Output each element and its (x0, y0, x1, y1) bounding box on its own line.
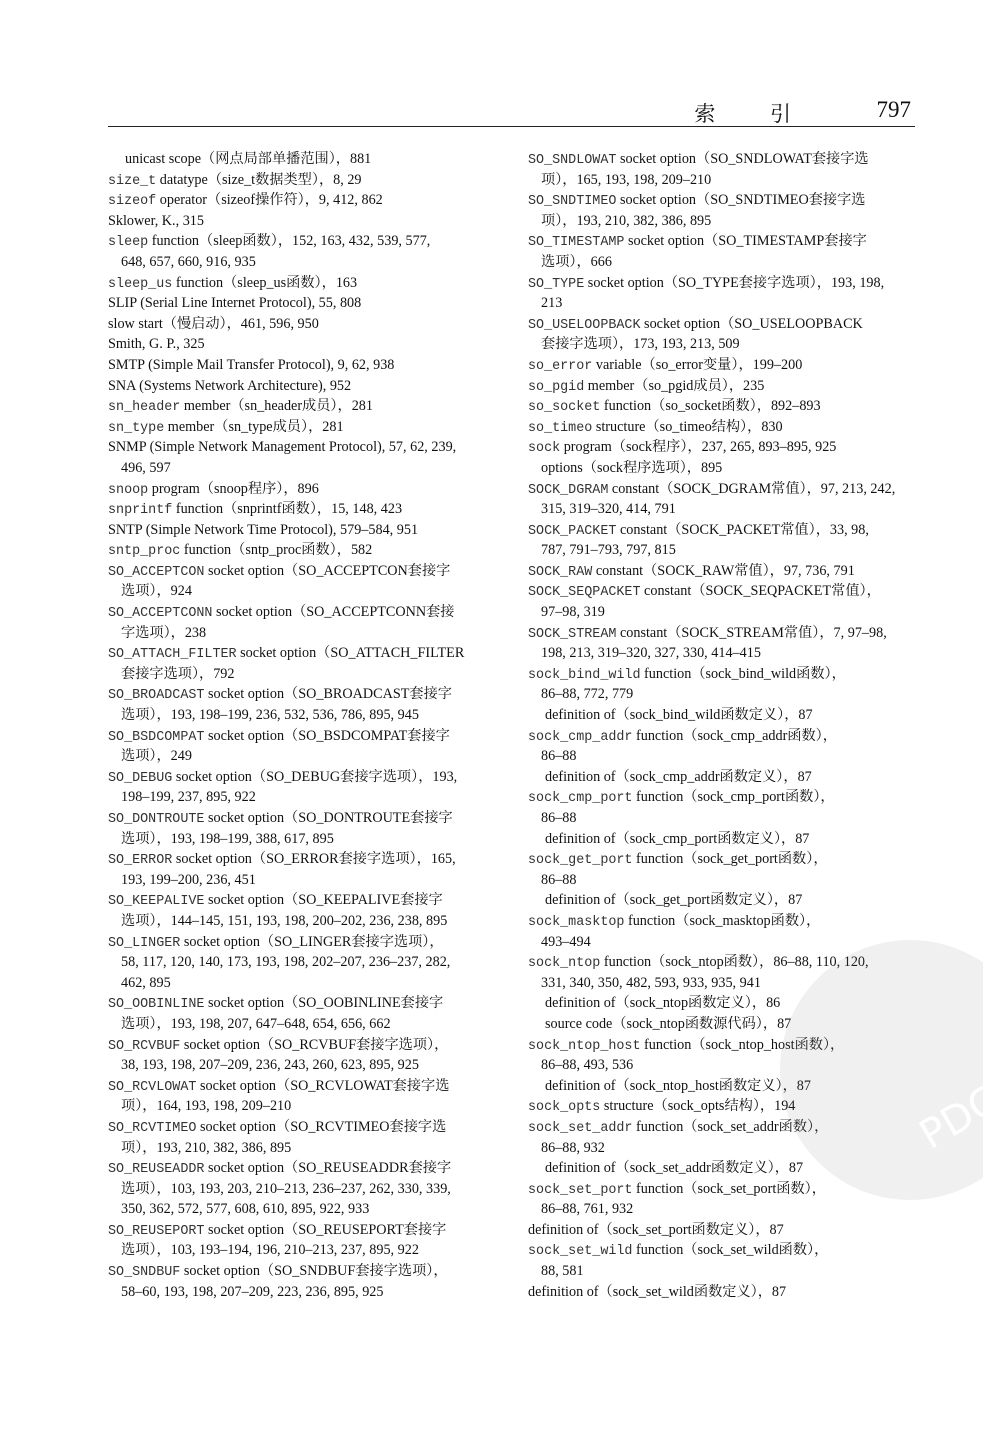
entry-text: socket option（SO_RCVTIMEO套接字选 (196, 1119, 446, 1135)
entry-text: function（sock_ntop_host函数）， (641, 1037, 845, 1053)
entry-text: socket option（SO_DEBUG套接字选项），193, (172, 769, 457, 785)
entry-term: sleep_us (108, 277, 172, 292)
index-entry: 项），164, 193, 198, 209–210 (108, 1096, 498, 1117)
index-entry: so_error variable（so_error变量），199–200 (528, 355, 918, 376)
entry-term: SO_ACCEPTCONN (108, 606, 212, 621)
index-entry: 项），165, 193, 198, 209–210 (528, 170, 918, 191)
entry-text: program（sock程序），237, 265, 893–895, 925 (560, 439, 836, 455)
index-entry: so_pgid member（so_pgid成员），235 (528, 376, 918, 397)
entry-text: operator（sizeof操作符），9, 412, 862 (156, 192, 383, 208)
index-entry: so_timeo structure（so_timeo结构），830 (528, 417, 918, 438)
index-entry: 462, 895 (108, 973, 498, 994)
entry-text: 331, 340, 350, 482, 593, 933, 935, 941 (541, 975, 761, 991)
entry-term: sock_set_addr (528, 1121, 632, 1136)
entry-text: function（sleep_us函数），163 (172, 275, 357, 291)
entry-text: function（sock_cmp_addr函数）， (632, 728, 837, 744)
entry-text: 213 (541, 295, 562, 311)
index-entry: 331, 340, 350, 482, 593, 933, 935, 941 (528, 973, 918, 994)
entry-text: source code（sock_ntop函数源代码），87 (545, 1016, 791, 1032)
index-entry: definition of（sock_set_addr函数定义），87 (528, 1158, 918, 1179)
entry-text: 86–88, 493, 536 (541, 1057, 633, 1073)
entry-term: sock_ntop_host (528, 1039, 641, 1054)
index-column-right: SO_SNDLOWAT socket option（SO_SNDLOWAT套接字… (528, 149, 918, 1302)
entry-text: socket option（SO_REUSEPORT套接字 (204, 1222, 446, 1238)
entry-text: function（sock_get_port函数）， (632, 851, 827, 867)
index-entry: definition of（sock_bind_wild函数定义），87 (528, 705, 918, 726)
entry-term: sn_type (108, 421, 164, 436)
entry-text: 选项），103, 193–194, 196, 210–213, 237, 895… (121, 1242, 419, 1258)
entry-term: SO_BSDCOMPAT (108, 730, 204, 745)
entry-term: so_error (528, 359, 592, 374)
entry-text: 选项），924 (121, 583, 192, 599)
index-entry: 86–88, 761, 932 (528, 1199, 918, 1220)
entry-text: socket option（SO_KEEPALIVE套接字 (204, 892, 442, 908)
entry-term: SOCK_RAW (528, 565, 592, 580)
entry-term: SOCK_STREAM (528, 627, 616, 642)
index-entry: 648, 657, 660, 916, 935 (108, 252, 498, 273)
entry-text: socket option（SO_RCVBUF套接字选项）， (180, 1037, 448, 1053)
index-entry: SO_RCVLOWAT socket option（SO_RCVLOWAT套接字… (108, 1076, 498, 1097)
entry-term: SO_TIMESTAMP (528, 235, 624, 250)
entry-term: sock_get_port (528, 853, 632, 868)
entry-text: function（so_socket函数），892–893 (600, 398, 820, 414)
entry-text: 选项），193, 198, 207, 647–648, 654, 656, 66… (121, 1016, 391, 1032)
index-entry: SO_LINGER socket option（SO_LINGER套接字选项）， (108, 932, 498, 953)
entry-text: SNTP (Simple Network Time Protocol), 579… (108, 522, 418, 538)
index-entry: 86–88 (528, 746, 918, 767)
index-entry: sock_bind_wild function（sock_bind_wild函数… (528, 664, 918, 685)
entry-text: 选项），144–145, 151, 193, 198, 200–202, 236… (121, 913, 447, 929)
entry-term: SO_TYPE (528, 277, 584, 292)
index-entry: SO_OOBINLINE socket option（SO_OOBINLINE套… (108, 993, 498, 1014)
index-entry: 选项），193, 198, 207, 647–648, 654, 656, 66… (108, 1014, 498, 1035)
index-entry: 字选项），238 (108, 623, 498, 644)
index-entry: SO_USELOOPBACK socket option（SO_USELOOPB… (528, 314, 918, 335)
entry-text: 86–88 (541, 810, 576, 826)
entry-text: 字选项），238 (121, 625, 206, 641)
entry-term: sock_ntop (528, 956, 600, 971)
entry-text: 648, 657, 660, 916, 935 (121, 254, 256, 270)
entry-term: sock_bind_wild (528, 668, 641, 683)
index-entry: sntp_proc function（sntp_proc函数），582 (108, 540, 498, 561)
svg-text:PDG: PDG (912, 1076, 983, 1159)
index-entry: 787, 791–793, 797, 815 (528, 540, 918, 561)
index-entry: SO_SNDBUF socket option（SO_SNDBUF套接字选项）， (108, 1261, 498, 1282)
index-entry: options（sock程序选项），895 (528, 458, 918, 479)
entry-text: 86–88, 932 (541, 1140, 605, 1156)
entry-term: SO_USELOOPBACK (528, 318, 641, 333)
index-entry: 86–88 (528, 870, 918, 891)
index-entry: sock_cmp_port function（sock_cmp_port函数）， (528, 787, 918, 808)
index-entry: 493–494 (528, 932, 918, 953)
index-entry: SMTP (Simple Mail Transfer Protocol), 9,… (108, 355, 498, 376)
index-entry: 315, 319–320, 414, 791 (528, 499, 918, 520)
entry-text: 198, 213, 319–320, 327, 330, 414–415 (541, 645, 761, 661)
entry-text: 787, 791–793, 797, 815 (541, 542, 676, 558)
index-entry: 选项），144–145, 151, 193, 198, 200–202, 236… (108, 911, 498, 932)
entry-text: Smith, G. P., 325 (108, 336, 205, 352)
entry-term: size_t (108, 174, 156, 189)
index-entry: 套接字选项），173, 193, 213, 509 (528, 334, 918, 355)
index-entry: SOCK_RAW constant（SOCK_RAW常值），97, 736, 7… (528, 561, 918, 582)
entry-text: function（sock_set_addr函数）， (632, 1119, 828, 1135)
entry-text: function（sock_ntop函数），86–88, 110, 120, (600, 954, 868, 970)
entry-text: structure（sock_opts结构），194 (600, 1098, 795, 1114)
entry-text: definition of（sock_bind_wild函数定义），87 (545, 707, 813, 723)
entry-text: socket option（SO_REUSEADDR套接字 (204, 1160, 451, 1176)
index-entry: SO_ATTACH_FILTER socket option（SO_ATTACH… (108, 643, 498, 664)
index-entry: SO_RCVBUF socket option（SO_RCVBUF套接字选项）， (108, 1035, 498, 1056)
entry-term: so_timeo (528, 421, 592, 436)
entry-text: 97–98, 319 (541, 604, 605, 620)
entry-text: structure（so_timeo结构），830 (592, 419, 782, 435)
entry-text: definition of（sock_cmp_addr函数定义），87 (545, 769, 812, 785)
index-entry: 项），193, 210, 382, 386, 895 (528, 211, 918, 232)
index-entry: sleep function（sleep函数），152, 163, 432, 5… (108, 231, 498, 252)
entry-text: definition of（sock_set_port函数定义），87 (528, 1222, 784, 1238)
index-entry: SOCK_DGRAM constant（SOCK_DGRAM常值），97, 21… (528, 479, 918, 500)
index-entry: SLIP (Serial Line Internet Protocol), 55… (108, 293, 498, 314)
index-entry: SO_REUSEPORT socket option（SO_REUSEPORT套… (108, 1220, 498, 1241)
entry-text: 493–494 (541, 934, 591, 950)
entry-term: SO_SNDBUF (108, 1265, 180, 1280)
index-entry: sock_set_addr function（sock_set_addr函数）， (528, 1117, 918, 1138)
index-entry: 选项），249 (108, 746, 498, 767)
index-entry: definition of（sock_cmp_port函数定义），87 (528, 829, 918, 850)
index-entry: sock_ntop function（sock_ntop函数），86–88, 1… (528, 952, 918, 973)
entry-term: SO_SNDLOWAT (528, 153, 616, 168)
entry-text: socket option（SO_BSDCOMPAT套接字 (204, 728, 449, 744)
entry-term: sock_masktop (528, 915, 624, 930)
entry-text: unicast scope（网点局部单播范围），881 (125, 151, 371, 167)
entry-term: SO_LINGER (108, 936, 180, 951)
entry-text: function（sock_bind_wild函数）， (641, 666, 846, 682)
entry-text: constant（SOCK_DGRAM常值），97, 213, 242, (608, 481, 895, 497)
running-header: 索 引 797 (108, 96, 915, 127)
entry-text: socket option（SO_RCVLOWAT套接字选 (196, 1078, 449, 1094)
entry-term: SO_RCVLOWAT (108, 1080, 196, 1095)
entry-term: SO_RCVTIMEO (108, 1121, 196, 1136)
entry-text: definition of（sock_cmp_port函数定义），87 (545, 831, 809, 847)
entry-term: sleep (108, 235, 148, 250)
entry-text: function（sock_set_wild函数）， (632, 1242, 828, 1258)
entry-text: socket option（SO_ATTACH_FILTER (237, 645, 465, 661)
entry-text: member（sn_header成员），281 (180, 398, 373, 414)
entry-text: 项），164, 193, 198, 209–210 (121, 1098, 291, 1114)
entry-term: sn_header (108, 400, 180, 415)
entry-text: program（snoop程序），896 (148, 481, 319, 497)
entry-text: 选项），249 (121, 748, 192, 764)
entry-term: SO_RCVBUF (108, 1039, 180, 1054)
index-entry: sock_set_wild function（sock_set_wild函数）， (528, 1240, 918, 1261)
entry-term: sizeof (108, 194, 156, 209)
index-entry: sock program（sock程序），237, 265, 893–895, … (528, 437, 918, 458)
entry-text: 350, 362, 572, 577, 608, 610, 895, 922, … (121, 1201, 369, 1217)
entry-text: socket option（SO_USELOOPBACK (641, 316, 863, 332)
entry-text: definition of（sock_get_port函数定义），87 (545, 892, 802, 908)
entry-text: 86–88, 772, 779 (541, 686, 633, 702)
index-entry: sn_header member（sn_header成员），281 (108, 396, 498, 417)
entry-text: member（sn_type成员），281 (164, 419, 343, 435)
index-entry: definition of（sock_cmp_addr函数定义），87 (528, 767, 918, 788)
entry-text: datatype（size_t数据类型），8, 29 (156, 172, 361, 188)
index-entry: SOCK_PACKET constant（SOCK_PACKET常值），33, … (528, 520, 918, 541)
entry-text: 88, 581 (541, 1263, 584, 1279)
index-entry: SO_DEBUG socket option（SO_DEBUG套接字选项），19… (108, 767, 498, 788)
index-entry: slow start（慢启动），461, 596, 950 (108, 314, 498, 335)
entry-term: SO_ATTACH_FILTER (108, 647, 237, 662)
entry-term: SOCK_DGRAM (528, 483, 608, 498)
index-entry: 选项），193, 198–199, 236, 532, 536, 786, 89… (108, 705, 498, 726)
entry-term: sock_opts (528, 1100, 600, 1115)
entry-term: SO_REUSEADDR (108, 1162, 204, 1177)
index-entry: size_t datatype（size_t数据类型），8, 29 (108, 170, 498, 191)
entry-term: SO_SNDTIMEO (528, 194, 616, 209)
entry-text: constant（SOCK_PACKET常值），33, 98, (616, 522, 869, 538)
entry-text: function（sock_masktop函数）， (624, 913, 820, 929)
entry-text: socket option（SO_OOBINLINE套接字 (204, 995, 443, 1011)
entry-term: sntp_proc (108, 544, 180, 559)
index-entry: 86–88, 772, 779 (528, 684, 918, 705)
index-entry: sock_opts structure（sock_opts结构），194 (528, 1096, 918, 1117)
entry-text: 套接字选项），792 (121, 666, 235, 682)
entry-term: snoop (108, 483, 148, 498)
index-entry: sn_type member（sn_type成员），281 (108, 417, 498, 438)
entry-term: sock_cmp_addr (528, 730, 632, 745)
entry-text: socket option（SO_ACCEPTCONN套接 (212, 604, 454, 620)
entry-text: 选项），193, 198–199, 388, 617, 895 (121, 831, 334, 847)
index-entry: 项），193, 210, 382, 386, 895 (108, 1138, 498, 1159)
entry-term: so_socket (528, 400, 600, 415)
entry-text: 86–88, 761, 932 (541, 1201, 633, 1217)
index-entry: 38, 193, 198, 207–209, 236, 243, 260, 62… (108, 1055, 498, 1076)
index-entry: SO_SNDLOWAT socket option（SO_SNDLOWAT套接字… (528, 149, 918, 170)
entry-text: socket option（SO_TIMESTAMP套接字 (624, 233, 866, 249)
entry-term: SO_REUSEPORT (108, 1224, 204, 1239)
index-entry: 选项），193, 198–199, 388, 617, 895 (108, 829, 498, 850)
entry-text: SNMP (Simple Network Management Protocol… (108, 439, 456, 455)
entry-text: constant（SOCK_SEQPACKET常值）， (641, 583, 881, 599)
entry-text: 项），193, 210, 382, 386, 895 (121, 1140, 291, 1156)
index-entry: SO_SNDTIMEO socket option（SO_SNDTIMEO套接字… (528, 190, 918, 211)
index-entry: SO_BSDCOMPAT socket option（SO_BSDCOMPAT套… (108, 726, 498, 747)
index-entry: definition of（sock_ntop_host函数定义），87 (528, 1076, 918, 1097)
index-entry: sleep_us function（sleep_us函数），163 (108, 273, 498, 294)
entry-text: 462, 895 (121, 975, 171, 991)
index-entry: snprintf function（snprintf函数），15, 148, 4… (108, 499, 498, 520)
index-column-left: unicast scope（网点局部单播范围），881size_t dataty… (108, 149, 498, 1302)
entry-text: 项），193, 210, 382, 386, 895 (541, 213, 711, 229)
index-entry: SO_ERROR socket option（SO_ERROR套接字选项），16… (108, 849, 498, 870)
entry-text: socket option（SO_SNDBUF套接字选项）， (180, 1263, 447, 1279)
entry-text: 套接字选项），173, 193, 213, 509 (541, 336, 740, 352)
index-entry: 选项），924 (108, 581, 498, 602)
entry-text: variable（so_error变量），199–200 (592, 357, 802, 373)
entry-text: member（so_pgid成员），235 (584, 378, 764, 394)
entry-text: constant（SOCK_STREAM常值），7, 97–98, (616, 625, 886, 641)
index-entry: 193, 199–200, 236, 451 (108, 870, 498, 891)
entry-text: socket option（SO_DONTROUTE套接字 (204, 810, 452, 826)
entry-text: 58, 117, 120, 140, 173, 193, 198, 202–20… (121, 954, 450, 970)
index-entry: 97–98, 319 (528, 602, 918, 623)
entry-text: 选项），666 (541, 254, 612, 270)
entry-text: function（snprintf函数），15, 148, 423 (172, 501, 402, 517)
index-entry: SNMP (Simple Network Management Protocol… (108, 437, 498, 458)
entry-text: SNA (Systems Network Architecture), 952 (108, 378, 351, 394)
entry-text: 选项），193, 198–199, 236, 532, 536, 786, 89… (121, 707, 419, 723)
entry-text: 198–199, 237, 895, 922 (121, 789, 256, 805)
index-entry: definition of（sock_get_port函数定义），87 (528, 890, 918, 911)
entry-text: 86–88 (541, 872, 576, 888)
entry-term: sock_set_wild (528, 1244, 632, 1259)
index-entry: definition of（sock_ntop函数定义），86 (528, 993, 918, 1014)
entry-text: function（sntp_proc函数），582 (180, 542, 372, 558)
entry-text: 选项），103, 193, 203, 210–213, 236–237, 262… (121, 1181, 451, 1197)
entry-text: definition of（sock_ntop_host函数定义），87 (545, 1078, 811, 1094)
index-entry: sock_get_port function（sock_get_port函数）， (528, 849, 918, 870)
index-entry: definition of（sock_set_wild函数定义），87 (528, 1282, 918, 1303)
entry-text: definition of（sock_ntop函数定义），86 (545, 995, 780, 1011)
entry-text: socket option（SO_SNDLOWAT套接字选 (616, 151, 868, 167)
index-entry: 496, 597 (108, 458, 498, 479)
index-entry: SO_ACCEPTCONN socket option（SO_ACCEPTCON… (108, 602, 498, 623)
entry-term: so_pgid (528, 380, 584, 395)
entry-text: 58–60, 193, 198, 207–209, 223, 236, 895,… (121, 1284, 383, 1300)
entry-text: socket option（SO_ERROR套接字选项），165, (172, 851, 455, 867)
entry-text: definition of（sock_set_addr函数定义），87 (545, 1160, 803, 1176)
index-entry: SO_DONTROUTE socket option（SO_DONTROUTE套… (108, 808, 498, 829)
index-entry: SO_KEEPALIVE socket option（SO_KEEPALIVE套… (108, 890, 498, 911)
entry-text: socket option（SO_TYPE套接字选项），193, 198, (584, 275, 884, 291)
entry-term: snprintf (108, 503, 172, 518)
index-entry: SNA (Systems Network Architecture), 952 (108, 376, 498, 397)
index-entry: SO_RCVTIMEO socket option（SO_RCVTIMEO套接字… (108, 1117, 498, 1138)
section-title: 索 引 (694, 98, 815, 128)
index-entry: SO_REUSEADDR socket option（SO_REUSEADDR套… (108, 1158, 498, 1179)
index-entry: sock_ntop_host function（sock_ntop_host函数… (528, 1035, 918, 1056)
entry-text: 86–88 (541, 748, 576, 764)
index-entry: sizeof operator（sizeof操作符），9, 412, 862 (108, 190, 498, 211)
entry-text: socket option（SO_BROADCAST套接字 (204, 686, 452, 702)
index-entry: 86–88, 493, 536 (528, 1055, 918, 1076)
entry-text: function（sock_cmp_port函数）， (632, 789, 834, 805)
entry-text: socket option（SO_SNDTIMEO套接字选 (616, 192, 865, 208)
index-entry: 213 (528, 293, 918, 314)
index-entry: 88, 581 (528, 1261, 918, 1282)
index-entry: Smith, G. P., 325 (108, 334, 498, 355)
index-entry: 选项），666 (528, 252, 918, 273)
entry-term: SO_ACCEPTCON (108, 565, 204, 580)
entry-term: SO_DEBUG (108, 771, 172, 786)
index-entry: SO_BROADCAST socket option（SO_BROADCAST套… (108, 684, 498, 705)
index-entry: SOCK_SEQPACKET constant（SOCK_SEQPACKET常值… (528, 581, 918, 602)
index-entry: SO_ACCEPTCON socket option（SO_ACCEPTCON套… (108, 561, 498, 582)
entry-text: socket option（SO_LINGER套接字选项）， (180, 934, 443, 950)
entry-term: SO_DONTROUTE (108, 812, 204, 827)
index-entry: sock_masktop function（sock_masktop函数）， (528, 911, 918, 932)
entry-text: socket option（SO_ACCEPTCON套接字 (204, 563, 450, 579)
index-entry: source code（sock_ntop函数源代码），87 (528, 1014, 918, 1035)
index-entry: sock_cmp_addr function（sock_cmp_addr函数）， (528, 726, 918, 747)
index-entry: 选项），103, 193–194, 196, 210–213, 237, 895… (108, 1240, 498, 1261)
index-entry: 86–88, 932 (528, 1138, 918, 1159)
index-entry: SOCK_STREAM constant（SOCK_STREAM常值），7, 9… (528, 623, 918, 644)
index-entry: Sklower, K., 315 (108, 211, 498, 232)
index-entry: 套接字选项），792 (108, 664, 498, 685)
entry-term: SO_OOBINLINE (108, 997, 204, 1012)
index-entry: sock_set_port function（sock_set_port函数）， (528, 1179, 918, 1200)
entry-term: SOCK_SEQPACKET (528, 585, 641, 600)
index-entry: 198, 213, 319–320, 327, 330, 414–415 (528, 643, 918, 664)
entry-text: Sklower, K., 315 (108, 213, 204, 229)
index-entry: 198–199, 237, 895, 922 (108, 787, 498, 808)
entry-term: SO_BROADCAST (108, 688, 204, 703)
index-entry: 58–60, 193, 198, 207–209, 223, 236, 895,… (108, 1282, 498, 1303)
entry-text: options（sock程序选项），895 (541, 460, 722, 476)
entry-term: sock (528, 441, 560, 456)
index-entry: 86–88 (528, 808, 918, 829)
index-entry: unicast scope（网点局部单播范围），881 (108, 149, 498, 170)
entry-text: 193, 199–200, 236, 451 (121, 872, 256, 888)
entry-term: sock_set_port (528, 1183, 632, 1198)
index-entry: so_socket function（so_socket函数），892–893 (528, 396, 918, 417)
page-number: 797 (877, 97, 912, 123)
entry-term: sock_cmp_port (528, 791, 632, 806)
entry-term: SO_KEEPALIVE (108, 894, 204, 909)
entry-text: 38, 193, 198, 207–209, 236, 243, 260, 62… (121, 1057, 419, 1073)
entry-text: definition of（sock_set_wild函数定义），87 (528, 1284, 786, 1300)
entry-text: 项），165, 193, 198, 209–210 (541, 172, 711, 188)
index-entry: SNTP (Simple Network Time Protocol), 579… (108, 520, 498, 541)
entry-text: function（sock_set_port函数）， (632, 1181, 825, 1197)
index-entry: definition of（sock_set_port函数定义），87 (528, 1220, 918, 1241)
index-entry: 58, 117, 120, 140, 173, 193, 198, 202–20… (108, 952, 498, 973)
index-entry: SO_TIMESTAMP socket option（SO_TIMESTAMP套… (528, 231, 918, 252)
entry-text: 496, 597 (121, 460, 171, 476)
index-entry: 选项），103, 193, 203, 210–213, 236–237, 262… (108, 1179, 498, 1200)
entry-text: function（sleep函数），152, 163, 432, 539, 57… (148, 233, 430, 249)
entry-text: 315, 319–320, 414, 791 (541, 501, 676, 517)
entry-text: SMTP (Simple Mail Transfer Protocol), 9,… (108, 357, 394, 373)
index-entry: snoop program（snoop程序），896 (108, 479, 498, 500)
entry-term: SO_ERROR (108, 853, 172, 868)
entry-term: SOCK_PACKET (528, 524, 616, 539)
entry-text: SLIP (Serial Line Internet Protocol), 55… (108, 295, 361, 311)
entry-text: constant（SOCK_RAW常值），97, 736, 791 (592, 563, 855, 579)
index-entry: SO_TYPE socket option（SO_TYPE套接字选项），193,… (528, 273, 918, 294)
entry-text: slow start（慢启动），461, 596, 950 (108, 316, 319, 332)
index-entry: 350, 362, 572, 577, 608, 610, 895, 922, … (108, 1199, 498, 1220)
